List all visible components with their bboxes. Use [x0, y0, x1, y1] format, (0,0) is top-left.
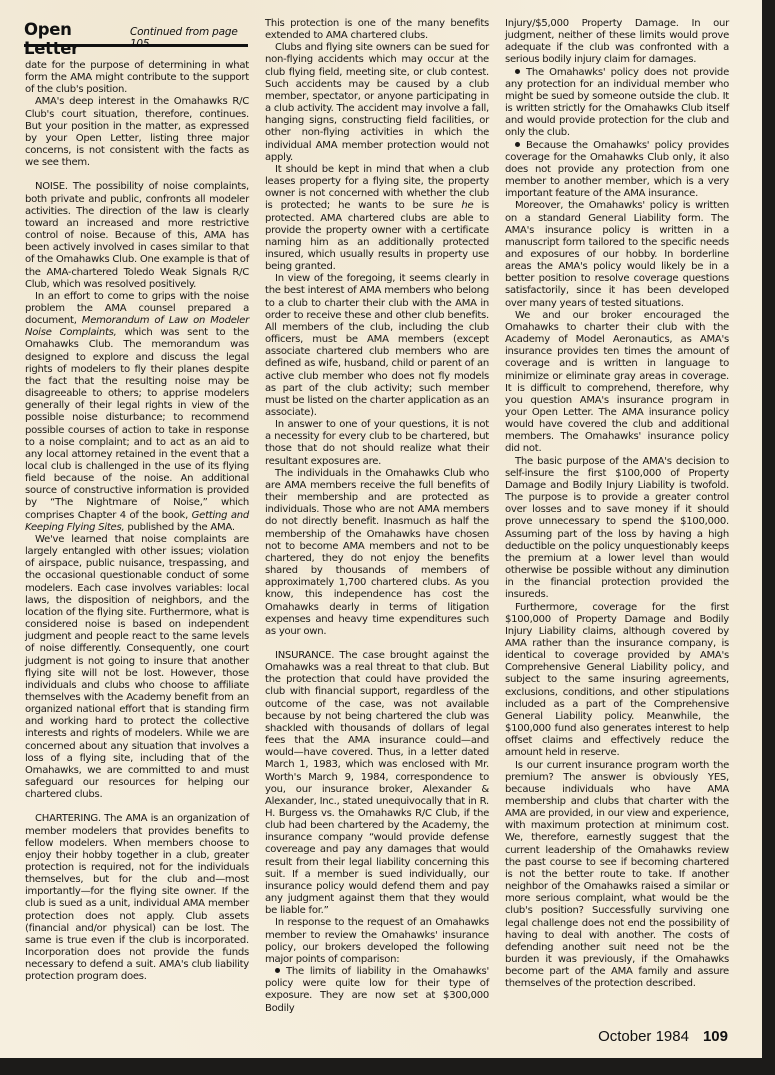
continued-from-note: Continued from page 105: [130, 26, 248, 50]
section-header: Open Letter Continued from page 105: [24, 20, 248, 47]
paragraph: In response to the request of an Omahawk…: [265, 917, 489, 966]
paragraph: We and our broker encouraged the Omahawk…: [505, 310, 729, 456]
column-1: date for the purpose of determining in w…: [25, 60, 249, 984]
paragraph-noise: NOISE. The possibility of noise complain…: [25, 181, 249, 290]
section-title: Open Letter: [24, 20, 122, 58]
paragraph: Moreover, the Omahawks' policy is writte…: [505, 200, 729, 309]
paragraph: Injury/$5,000 Property Damage. In our ju…: [505, 18, 729, 67]
paragraph-insurance: INSURANCE. The case brought against the …: [265, 650, 489, 917]
paragraph: In answer to one of your questions, it i…: [265, 419, 489, 468]
bullet-text: The limits of liability in the Omahawks'…: [265, 966, 489, 1013]
paragraph-memorandum: In an effort to come to grips with the n…: [25, 291, 249, 534]
bullet-icon: [275, 968, 280, 973]
text-run: published by the AMA.: [124, 522, 234, 533]
bullet-text: The Omahawks' policy does not provide an…: [505, 67, 729, 139]
paragraph: The individuals in the Omahawks Club who…: [265, 468, 489, 638]
paragraph: This protection is one of the many benef…: [265, 18, 489, 42]
column-3: Injury/$5,000 Property Damage. In our ju…: [505, 18, 729, 991]
paragraph: AMA's deep interest in the Omahawks R/C …: [25, 96, 249, 169]
paragraph: Is our current insurance program worth t…: [505, 760, 729, 991]
paragraph: In view of the foregoing, it seems clear…: [265, 273, 489, 419]
column-2: This protection is one of the many benef…: [265, 18, 489, 1015]
text-run: which was sent to the Omahawks Club. The…: [25, 327, 249, 520]
bullet-text: Because the Omahawks' policy provides co…: [505, 140, 729, 200]
text-run: It should be kept in mind that when a cl…: [265, 164, 489, 211]
paragraph-chartering: CHARTERING. The AMA is an organization o…: [25, 813, 249, 983]
emphasis: he: [461, 200, 473, 211]
page-footer: October 1984109: [598, 1028, 728, 1045]
paragraph: Clubs and flying site owners can be sued…: [265, 42, 489, 164]
paragraph: It should be kept in mind that when a cl…: [265, 164, 489, 273]
paragraph: Furthermore, coverage for the first $100…: [505, 602, 729, 760]
bullet-item: The limits of liability in the Omahawks'…: [265, 966, 489, 1015]
page-number: 109: [703, 1028, 728, 1045]
bullet-item: The Omahawks' policy does not provide an…: [505, 67, 729, 140]
bullet-icon: [515, 142, 520, 147]
bullet-icon: [515, 69, 520, 74]
bullet-item: Because the Omahawks' policy provides co…: [505, 140, 729, 201]
issue-date: October 1984: [598, 1028, 689, 1045]
paragraph: The basic purpose of the AMA's decision …: [505, 456, 729, 602]
paragraph: We've learned that noise complaints are …: [25, 534, 249, 801]
paragraph: date for the purpose of determining in w…: [25, 60, 249, 96]
magazine-page: Open Letter Continued from page 105 date…: [0, 0, 762, 1058]
